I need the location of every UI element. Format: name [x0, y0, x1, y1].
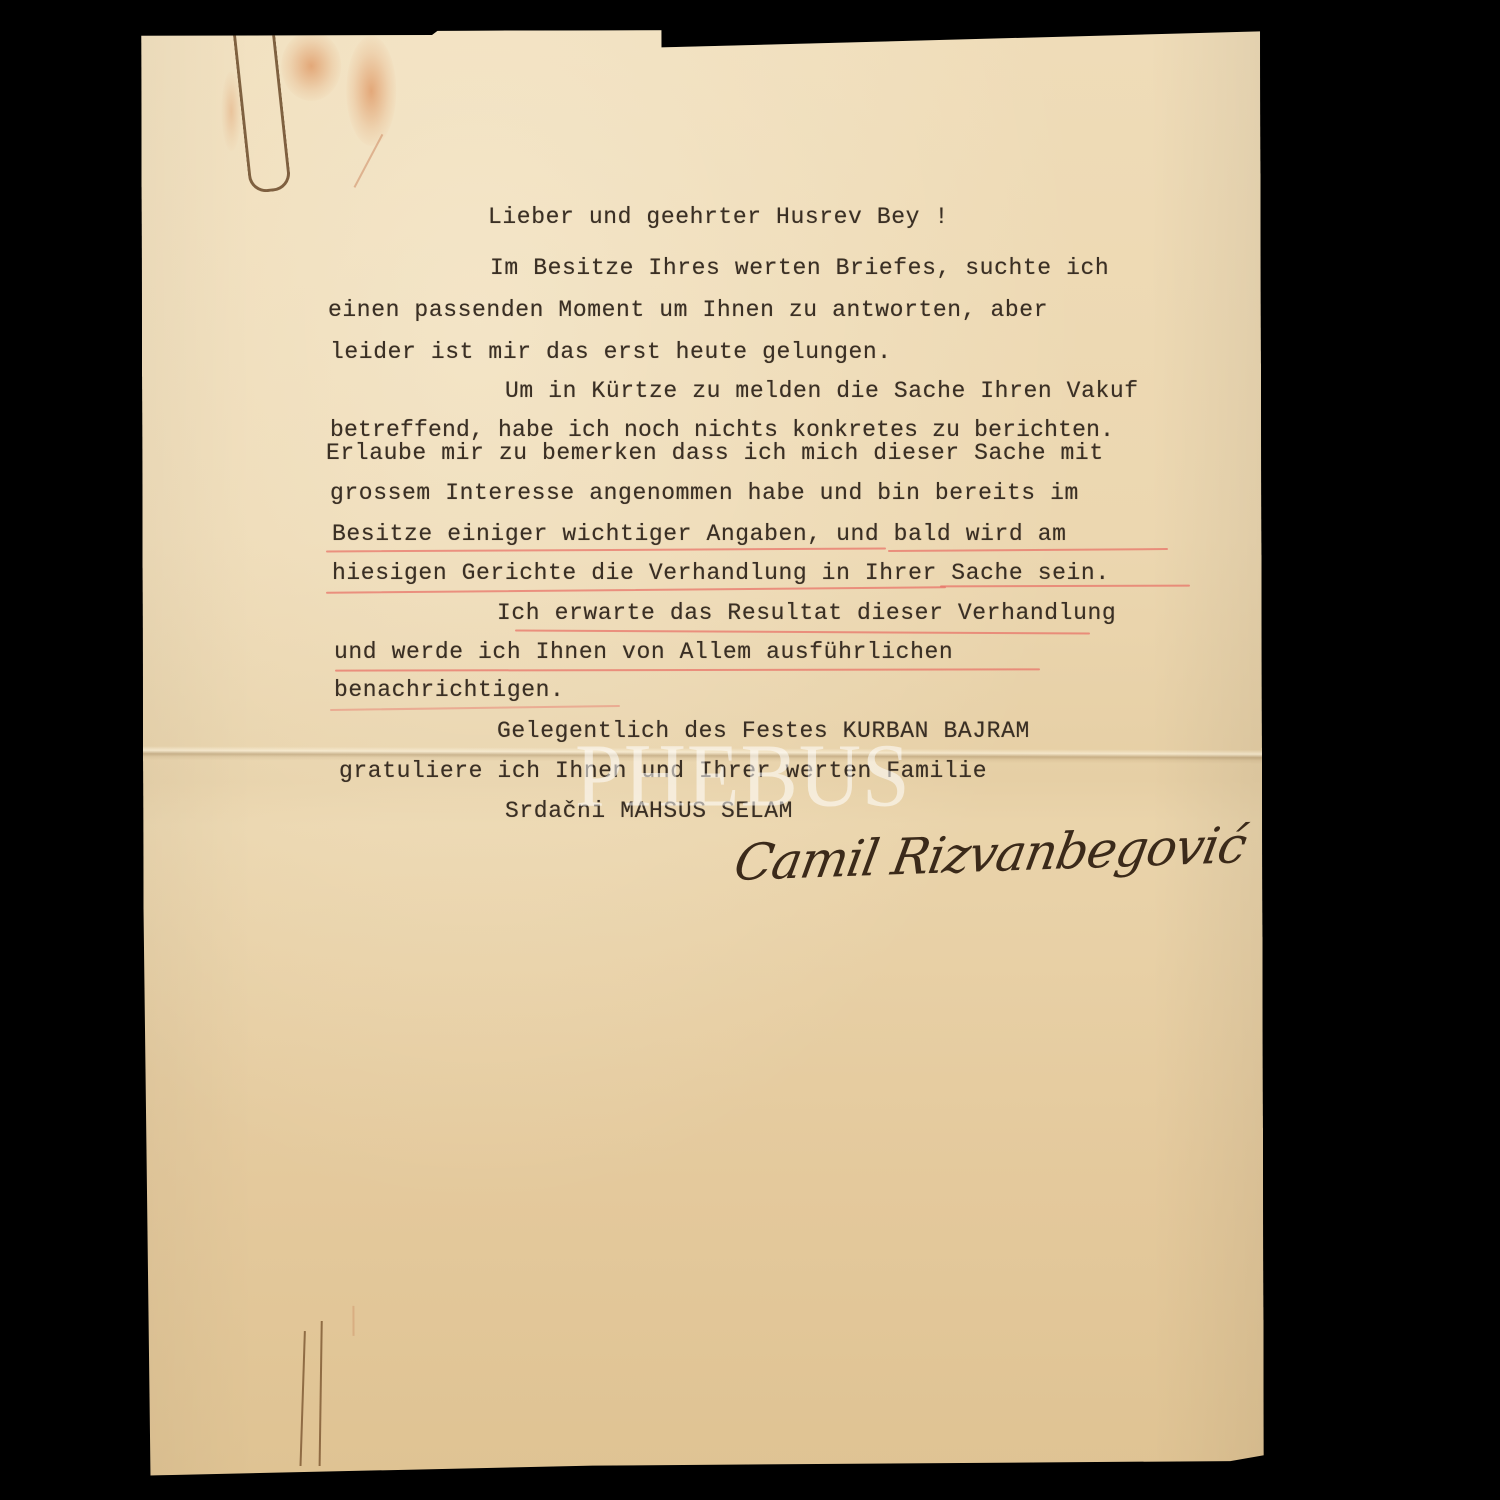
letter-line: einen passenden Moment um Ihnen zu antwo… — [328, 299, 1048, 322]
letter-line: und werde ich Ihnen von Allem ausführlic… — [334, 641, 953, 664]
letter-line: Um in Kürtze zu melden die Sache Ihren V… — [505, 380, 1139, 403]
letter-line: hiesigen Gerichte die Verhandlung in Ihr… — [332, 562, 1110, 585]
salutation: Lieber und geehrter Husrev Bey ! — [488, 206, 949, 229]
paperclip-trace — [352, 1306, 354, 1336]
letter-line: Erlaube mir zu bemerken dass ich mich di… — [326, 442, 1104, 465]
rust-stain — [281, 31, 341, 101]
phebus-watermark: PHEBUS — [575, 730, 911, 820]
paperclip-trace — [300, 1331, 306, 1466]
letter-line: benachrichtigen. — [334, 679, 564, 702]
letter-line: Ich erwarte das Resultat dieser Verhandl… — [497, 602, 1116, 625]
letter-line: grossem Interesse angenommen habe und bi… — [330, 482, 1079, 505]
letter-line: leider ist mir das erst heute gelungen. — [330, 341, 892, 364]
letter-line: betreffend, habe ich noch nichts konkret… — [330, 419, 1114, 442]
paperclip-trace — [319, 1321, 323, 1466]
letter-line: Besitze einiger wichtiger Angaben, und b… — [332, 523, 1067, 546]
photo-stage: Lieber und geehrter Husrev Bey ! Im Besi… — [0, 0, 1500, 1500]
letter-line: Im Besitze Ihres werten Briefes, suchte … — [490, 257, 1109, 280]
rust-stain — [346, 36, 396, 146]
